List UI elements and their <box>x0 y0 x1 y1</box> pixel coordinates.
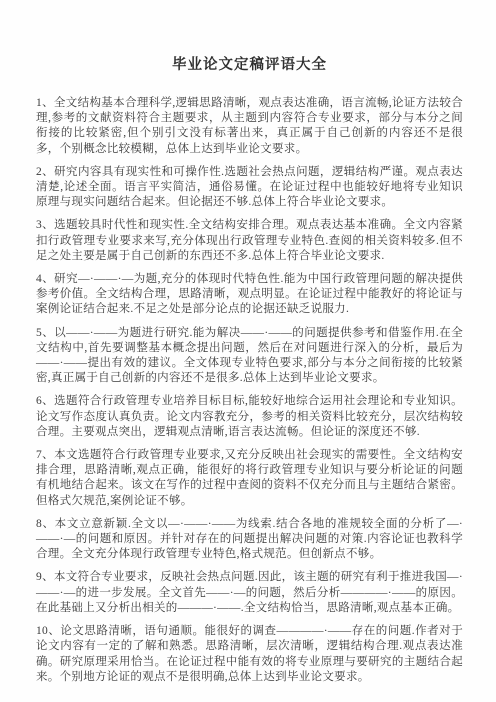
comment-paragraph-3: 3、选题较具时代性和现实性.全文结构安排合理。观点表达基本准确。全文内容紧扣行政… <box>36 218 463 264</box>
comment-paragraph-2: 2、研究内容具有现实性和可操作性.选题社会热点问题，逻辑结构严谨。观点表达清楚,… <box>36 165 463 211</box>
comment-paragraph-9: 9、本文符合专业要求，反映社会热点问题.因此，该主题的研究有利于推进我国—·——… <box>36 570 463 616</box>
comment-paragraph-8: 8、本文立意新颖.全文以—·——·——为线索.结合各地的准规较全面的分析了—·—… <box>36 517 463 563</box>
document-title: 毕业论文定稿评语大全 <box>36 57 463 73</box>
comment-paragraph-10: 10、论文思路清晰，语句通顺。能很好的调查————·——存在的问题.作者对于论文… <box>36 624 463 685</box>
comment-paragraph-6: 6、选题符合行政管理专业培养目标目标,能较好地综合运用社会理论和专业知识。论文写… <box>36 394 463 440</box>
comment-paragraph-4: 4、研究—·——·—为题,充分的体现时代特色性.能为中国行政管理问题的解决提供参… <box>36 272 463 318</box>
comment-paragraph-1: 1、全文结构基本合理科学,逻辑思路清晰，观点表达准确，语言流畅,论证方法较合理,… <box>36 96 463 157</box>
document-page: 毕业论文定稿评语大全 1、全文结构基本合理科学,逻辑思路清晰，观点表达准确，语言… <box>0 0 496 702</box>
comment-paragraph-5: 5、以——·——为题进行研究.能为解决——·——的问题提供参考和借鉴作用.在全文… <box>36 326 463 387</box>
comment-paragraph-7: 7、本文选题符合行政管理专业要求,又充分反映出社会现实的需要性。全文结构安排合理… <box>36 448 463 509</box>
